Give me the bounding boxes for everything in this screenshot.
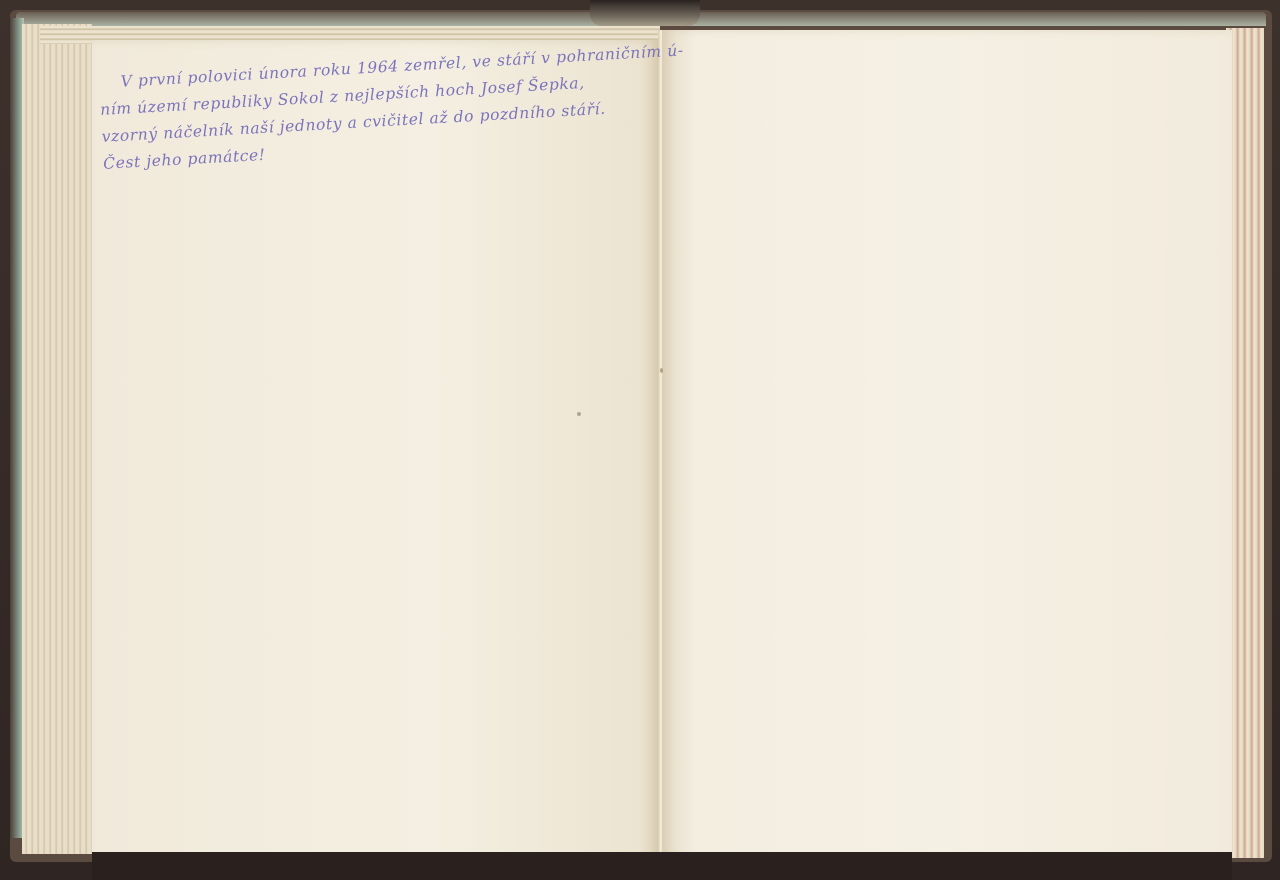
paper-spot xyxy=(577,412,581,416)
book-spine xyxy=(590,0,700,26)
bottom-shadow xyxy=(92,852,1232,880)
right-page xyxy=(662,30,1232,860)
page-stack-left xyxy=(22,24,92,854)
paper-spot xyxy=(660,368,663,373)
